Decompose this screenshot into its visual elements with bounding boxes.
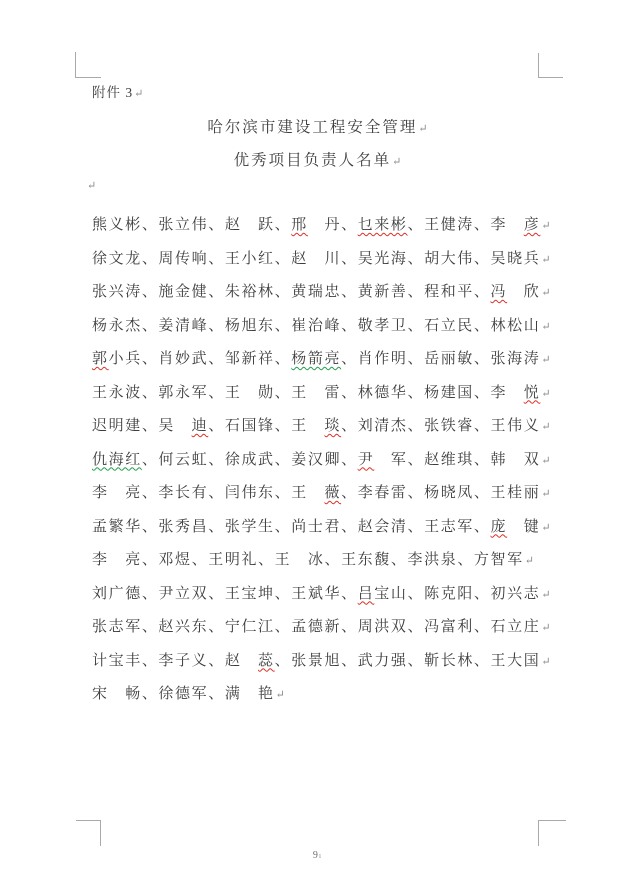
person-name: 施金健 [158, 284, 208, 300]
name-separator: 、 [208, 351, 225, 367]
person-name: 敬孝卫 [358, 318, 408, 334]
name-separator: 、 [408, 418, 425, 434]
name-separator: 、 [275, 452, 292, 468]
name-separator: 、 [408, 485, 425, 501]
paragraph-mark-icon: ↵ [134, 88, 143, 100]
name-separator: 、 [142, 351, 159, 367]
name-line: 郭小兵、肖妙武、邹新祥、杨箭亮、肖作明、岳丽敏、张海涛↵ [92, 343, 572, 377]
paragraph-mark-icon: ↵ [541, 522, 550, 534]
name-separator: 、 [275, 318, 292, 334]
person-name: 杨箭亮 [291, 351, 341, 367]
name-separator: 、 [457, 552, 474, 568]
person-name: 张景旭 [291, 653, 341, 669]
person-name: 方智军 [474, 552, 524, 568]
person-name: 张学生 [225, 519, 275, 535]
name-separator: 、 [208, 217, 225, 233]
person-name: 满 艳 [225, 686, 275, 702]
person-name: 李 [491, 217, 524, 233]
person-name: 周传响 [158, 251, 208, 267]
name-separator: 、 [275, 351, 292, 367]
name-separator: 、 [275, 217, 292, 233]
person-name: 初兴志 [491, 586, 541, 602]
name-separator: 、 [341, 351, 358, 367]
person-name: 李 [491, 385, 524, 401]
person-name: 赵会清 [358, 519, 408, 535]
name-separator: 、 [408, 619, 425, 635]
name-separator: 、 [341, 217, 358, 233]
name-separator: 、 [208, 284, 225, 300]
attachment-label: 附件 3↵ [92, 81, 143, 101]
person-name: 赵 跃 [225, 217, 275, 233]
person-name: 武力强 [358, 653, 408, 669]
person-name: 岳丽敏 [424, 351, 474, 367]
paragraph-mark-icon: ↵ [276, 689, 285, 701]
person-name: 赵维琪 [424, 452, 474, 468]
person-name: 李长有 [158, 485, 208, 501]
person-name: 军 [374, 452, 407, 468]
paragraph-mark-icon: ↵ [418, 123, 427, 135]
name-line: 张志军、赵兴东、宁仁江、孟德新、周洪双、冯富利、石立庄↵ [92, 611, 572, 645]
person-name: 李 亮 [92, 552, 142, 568]
name-separator: 、 [208, 251, 225, 267]
paragraph-mark-icon: ↵ [541, 421, 550, 433]
person-name: 胡大伟 [424, 251, 474, 267]
person-name: 周洪双 [358, 619, 408, 635]
name-separator: 、 [341, 284, 358, 300]
person-name: 姜汉卿 [291, 452, 341, 468]
name-line: 仇海红、何云虹、徐成武、姜汉卿、尹 军、赵维琪、韩 双↵ [92, 444, 572, 478]
person-name: 林德华 [358, 385, 408, 401]
name-separator: 、 [142, 251, 159, 267]
person-name: 王志军 [424, 519, 474, 535]
person-name: 吴 [158, 418, 191, 434]
person-name: 徐德军 [158, 686, 208, 702]
name-separator: 、 [474, 418, 491, 434]
name-separator: 、 [341, 586, 358, 602]
name-separator: 、 [208, 485, 225, 501]
person-name: 王 [291, 418, 324, 434]
person-name: 王永波 [92, 385, 142, 401]
paragraph-mark-icon: ↵ [392, 156, 401, 168]
person-name: 悦 [524, 385, 541, 401]
person-name: 姜清峰 [158, 318, 208, 334]
person-name: 冯 [491, 284, 508, 300]
person-name: 张志军 [92, 619, 142, 635]
person-name: 郭永军 [158, 385, 208, 401]
person-name: 王 [291, 485, 324, 501]
person-name: 孟德新 [291, 619, 341, 635]
person-name: 韩 双 [491, 452, 541, 468]
name-separator: 、 [408, 251, 425, 267]
name-separator: 、 [408, 351, 425, 367]
name-separator: 、 [275, 418, 292, 434]
name-separator: 、 [142, 217, 159, 233]
paragraph-mark-icon: ↵ [541, 287, 550, 299]
crop-mark-bottom-right [538, 820, 566, 846]
person-name: 邓煜 [158, 552, 191, 568]
paragraph-mark-icon: ↵ [541, 254, 550, 266]
name-line: 宋 畅、徐德军、满 艳↵ [92, 678, 572, 712]
paragraph-mark-icon: ↵ [87, 180, 96, 192]
name-separator: 、 [208, 686, 225, 702]
paragraph-mark-icon: ↵ [541, 622, 550, 634]
name-separator: 、 [275, 519, 292, 535]
person-name: 黄新善 [358, 284, 408, 300]
name-separator: 、 [474, 318, 491, 334]
person-name: 王桂丽 [491, 485, 541, 501]
person-name: 李春雷 [358, 485, 408, 501]
name-separator: 、 [142, 519, 159, 535]
person-name: 王宝坤 [225, 586, 275, 602]
person-name: 石立民 [424, 318, 474, 334]
name-separator: 、 [474, 452, 491, 468]
person-name: 迪 [192, 418, 209, 434]
person-name: 尚士君 [291, 519, 341, 535]
person-name: 王东馥 [341, 552, 391, 568]
person-name: 王小红 [225, 251, 275, 267]
title-line1-text: 哈尔滨市建设工程安全管理 [207, 119, 417, 136]
person-name: 赵 川 [291, 251, 341, 267]
name-separator: 、 [341, 619, 358, 635]
person-name: 张兴涛 [92, 284, 142, 300]
name-separator: 、 [208, 619, 225, 635]
name-separator: 、 [275, 385, 292, 401]
name-separator: 、 [275, 619, 292, 635]
paragraph-mark-icon: ↵ [541, 220, 550, 232]
name-separator: 、 [341, 519, 358, 535]
person-name: 张立伟 [158, 217, 208, 233]
document-page: 附件 3↵ 哈尔滨市建设工程安全管理↵ 优秀项目负责人名单↵ ↵ 熊义彬、张立伟… [0, 0, 635, 896]
name-separator: 、 [408, 452, 425, 468]
title-line2-text: 优秀项目负责人名单 [234, 152, 392, 169]
name-separator: 、 [142, 586, 159, 602]
name-separator: 、 [341, 385, 358, 401]
page-number-mark: ı [319, 851, 322, 860]
person-name: 王健涛 [424, 217, 474, 233]
name-separator: 、 [341, 418, 358, 434]
name-line: 熊义彬、张立伟、赵 跃、邢 丹、乜来彬、王健涛、李 彦↵ [92, 209, 572, 243]
name-separator: 、 [474, 217, 491, 233]
person-name: 陈克阳 [424, 586, 474, 602]
name-separator: 、 [142, 418, 159, 434]
person-name: 张秀昌 [158, 519, 208, 535]
paragraph-mark-icon: ↵ [541, 388, 550, 400]
paragraph-mark-icon: ↵ [541, 455, 550, 467]
person-name: 何云虹 [158, 452, 208, 468]
name-line: 王永波、郭永军、王 勋、王 雷、林德华、杨建国、李 悦↵ [92, 377, 572, 411]
crop-mark-top-right [538, 53, 563, 78]
name-separator: 、 [142, 284, 159, 300]
name-separator: 、 [142, 552, 159, 568]
name-separator: 、 [142, 385, 159, 401]
person-name: 李子义 [158, 653, 208, 669]
person-name: 程和平 [424, 284, 474, 300]
person-name: 键 [507, 519, 540, 535]
name-separator: 、 [474, 251, 491, 267]
person-name: 宁仁江 [225, 619, 275, 635]
person-name: 宋 畅 [92, 686, 142, 702]
paragraph-mark-icon: ↵ [541, 488, 550, 500]
person-name: 李洪泉 [408, 552, 458, 568]
name-separator: 、 [275, 284, 292, 300]
name-separator: 、 [208, 318, 225, 334]
person-name: 崔治峰 [291, 318, 341, 334]
person-name: 张铁睿 [424, 418, 474, 434]
name-separator: 、 [408, 519, 425, 535]
person-name: 乜来彬 [358, 217, 408, 233]
name-separator: 、 [208, 653, 225, 669]
name-separator: 、 [341, 452, 358, 468]
person-name: 尹 [358, 452, 375, 468]
person-name: 石国锋 [225, 418, 275, 434]
person-name: 琰 [324, 418, 341, 434]
person-name: 王 雷 [291, 385, 341, 401]
person-name: 杨永杰 [92, 318, 142, 334]
person-name: 杨晓凤 [424, 485, 474, 501]
person-name: 欣 [507, 284, 540, 300]
name-separator: 、 [408, 385, 425, 401]
person-name: 王斌华 [291, 586, 341, 602]
person-name: 宝山 [374, 586, 407, 602]
name-separator: 、 [408, 318, 425, 334]
person-name: 邹新祥 [225, 351, 275, 367]
name-separator: 、 [142, 619, 159, 635]
name-separator: 、 [324, 552, 341, 568]
person-name: 徐成武 [225, 452, 275, 468]
name-line: 刘广德、尹立双、王宝坤、王斌华、吕宝山、陈克阳、初兴志↵ [92, 578, 572, 612]
document-title-line1: 哈尔滨市建设工程安全管理↵ [0, 115, 635, 137]
person-name: 计宝丰 [92, 653, 142, 669]
page-number: 9ı [0, 850, 635, 861]
name-separator: 、 [341, 318, 358, 334]
document-title-line2: 优秀项目负责人名单↵ [0, 148, 635, 170]
name-separator: 、 [341, 251, 358, 267]
person-name: 黄瑞忠 [291, 284, 341, 300]
person-name: 王伟义 [491, 418, 541, 434]
name-separator: 、 [474, 519, 491, 535]
attachment-label-text: 附件 3 [92, 85, 133, 100]
name-separator: 、 [208, 452, 225, 468]
person-name: 张海涛 [491, 351, 541, 367]
name-separator: 、 [474, 653, 491, 669]
name-separator: 、 [474, 385, 491, 401]
person-name: 孟繁华 [92, 519, 142, 535]
person-name: 仇海红 [92, 452, 142, 468]
name-line: 孟繁华、张秀昌、张学生、尚士君、赵会清、王志军、庞 键↵ [92, 511, 572, 545]
person-name: 彦 [524, 217, 541, 233]
paragraph-mark-icon: ↵ [541, 656, 550, 668]
name-separator: 、 [474, 586, 491, 602]
name-separator: 、 [142, 485, 159, 501]
name-separator: 、 [275, 485, 292, 501]
name-separator: 、 [474, 485, 491, 501]
name-separator: 、 [275, 653, 292, 669]
person-name: 王大国 [491, 653, 541, 669]
name-line: 李 亮、邓煜、王明礼、王 冰、王东馥、李洪泉、方智军↵ [92, 544, 572, 578]
person-name: 庞 [491, 519, 508, 535]
name-separator: 、 [142, 653, 159, 669]
person-name: 徐文龙 [92, 251, 142, 267]
name-separator: 、 [408, 284, 425, 300]
name-separator: 、 [208, 385, 225, 401]
name-separator: 、 [341, 653, 358, 669]
crop-mark-bottom-left [76, 820, 101, 846]
name-separator: 、 [208, 418, 225, 434]
name-separator: 、 [192, 552, 209, 568]
person-name: 闫伟东 [225, 485, 275, 501]
person-name: 吴晓兵 [491, 251, 541, 267]
person-name: 李 亮 [92, 485, 142, 501]
name-separator: 、 [408, 217, 425, 233]
paragraph-mark-icon: ↵ [541, 321, 550, 333]
paragraph-mark-icon: ↵ [541, 354, 550, 366]
name-separator: 、 [275, 251, 292, 267]
person-name: 邢 [291, 217, 308, 233]
name-separator: 、 [142, 686, 159, 702]
name-separator: 、 [208, 586, 225, 602]
person-name: 肖作明 [358, 351, 408, 367]
person-name: 王 勋 [225, 385, 275, 401]
person-name: 石立庄 [491, 619, 541, 635]
name-separator: 、 [275, 586, 292, 602]
person-name: 靳长林 [424, 653, 474, 669]
person-name: 熊义彬 [92, 217, 142, 233]
person-name: 迟明建 [92, 418, 142, 434]
person-name: 冯富利 [424, 619, 474, 635]
crop-mark-top-left [75, 52, 101, 78]
person-name: 林松山 [491, 318, 541, 334]
person-name: 郭 [92, 351, 109, 367]
name-separator: 、 [142, 452, 159, 468]
name-separator: 、 [341, 485, 358, 501]
person-name: 小兵 [109, 351, 142, 367]
name-list: 熊义彬、张立伟、赵 跃、邢 丹、乜来彬、王健涛、李 彦↵徐文龙、周传响、王小红、… [92, 209, 572, 712]
person-name: 王 冰 [275, 552, 325, 568]
name-line: 计宝丰、李子义、赵 蕊、张景旭、武力强、靳长林、王大国↵ [92, 645, 572, 679]
person-name: 丹 [308, 217, 341, 233]
name-separator: 、 [474, 284, 491, 300]
person-name: 吴光海 [358, 251, 408, 267]
person-name: 刘清杰 [358, 418, 408, 434]
person-name: 薇 [324, 485, 341, 501]
name-line: 张兴涛、施金健、朱裕林、黄瑞忠、黄新善、程和平、冯 欣↵ [92, 276, 572, 310]
person-name: 吕 [358, 586, 375, 602]
name-separator: 、 [474, 351, 491, 367]
person-name: 尹立双 [158, 586, 208, 602]
name-line: 杨永杰、姜清峰、杨旭东、崔治峰、敬孝卫、石立民、林松山↵ [92, 310, 572, 344]
paragraph-mark-icon: ↵ [541, 589, 550, 601]
name-line: 迟明建、吴 迪、石国锋、王 琰、刘清杰、张铁睿、王伟义↵ [92, 410, 572, 444]
name-separator: 、 [208, 519, 225, 535]
name-line: 李 亮、李长有、闫伟东、王 薇、李春雷、杨晓凤、王桂丽↵ [92, 477, 572, 511]
person-name: 刘广德 [92, 586, 142, 602]
empty-paragraph: ↵ [86, 176, 96, 194]
person-name: 王明礼 [208, 552, 258, 568]
name-separator: 、 [408, 586, 425, 602]
name-line: 徐文龙、周传响、王小红、赵 川、吴光海、胡大伟、吴晓兵↵ [92, 243, 572, 277]
person-name: 赵兴东 [158, 619, 208, 635]
person-name: 肖妙武 [158, 351, 208, 367]
person-name: 蕊 [258, 653, 275, 669]
name-separator: 、 [474, 619, 491, 635]
person-name: 朱裕林 [225, 284, 275, 300]
name-separator: 、 [142, 318, 159, 334]
person-name: 杨建国 [424, 385, 474, 401]
name-separator: 、 [391, 552, 408, 568]
name-separator: 、 [408, 653, 425, 669]
person-name: 赵 [225, 653, 258, 669]
person-name: 杨旭东 [225, 318, 275, 334]
name-separator: 、 [258, 552, 275, 568]
paragraph-mark-icon: ↵ [525, 555, 534, 567]
